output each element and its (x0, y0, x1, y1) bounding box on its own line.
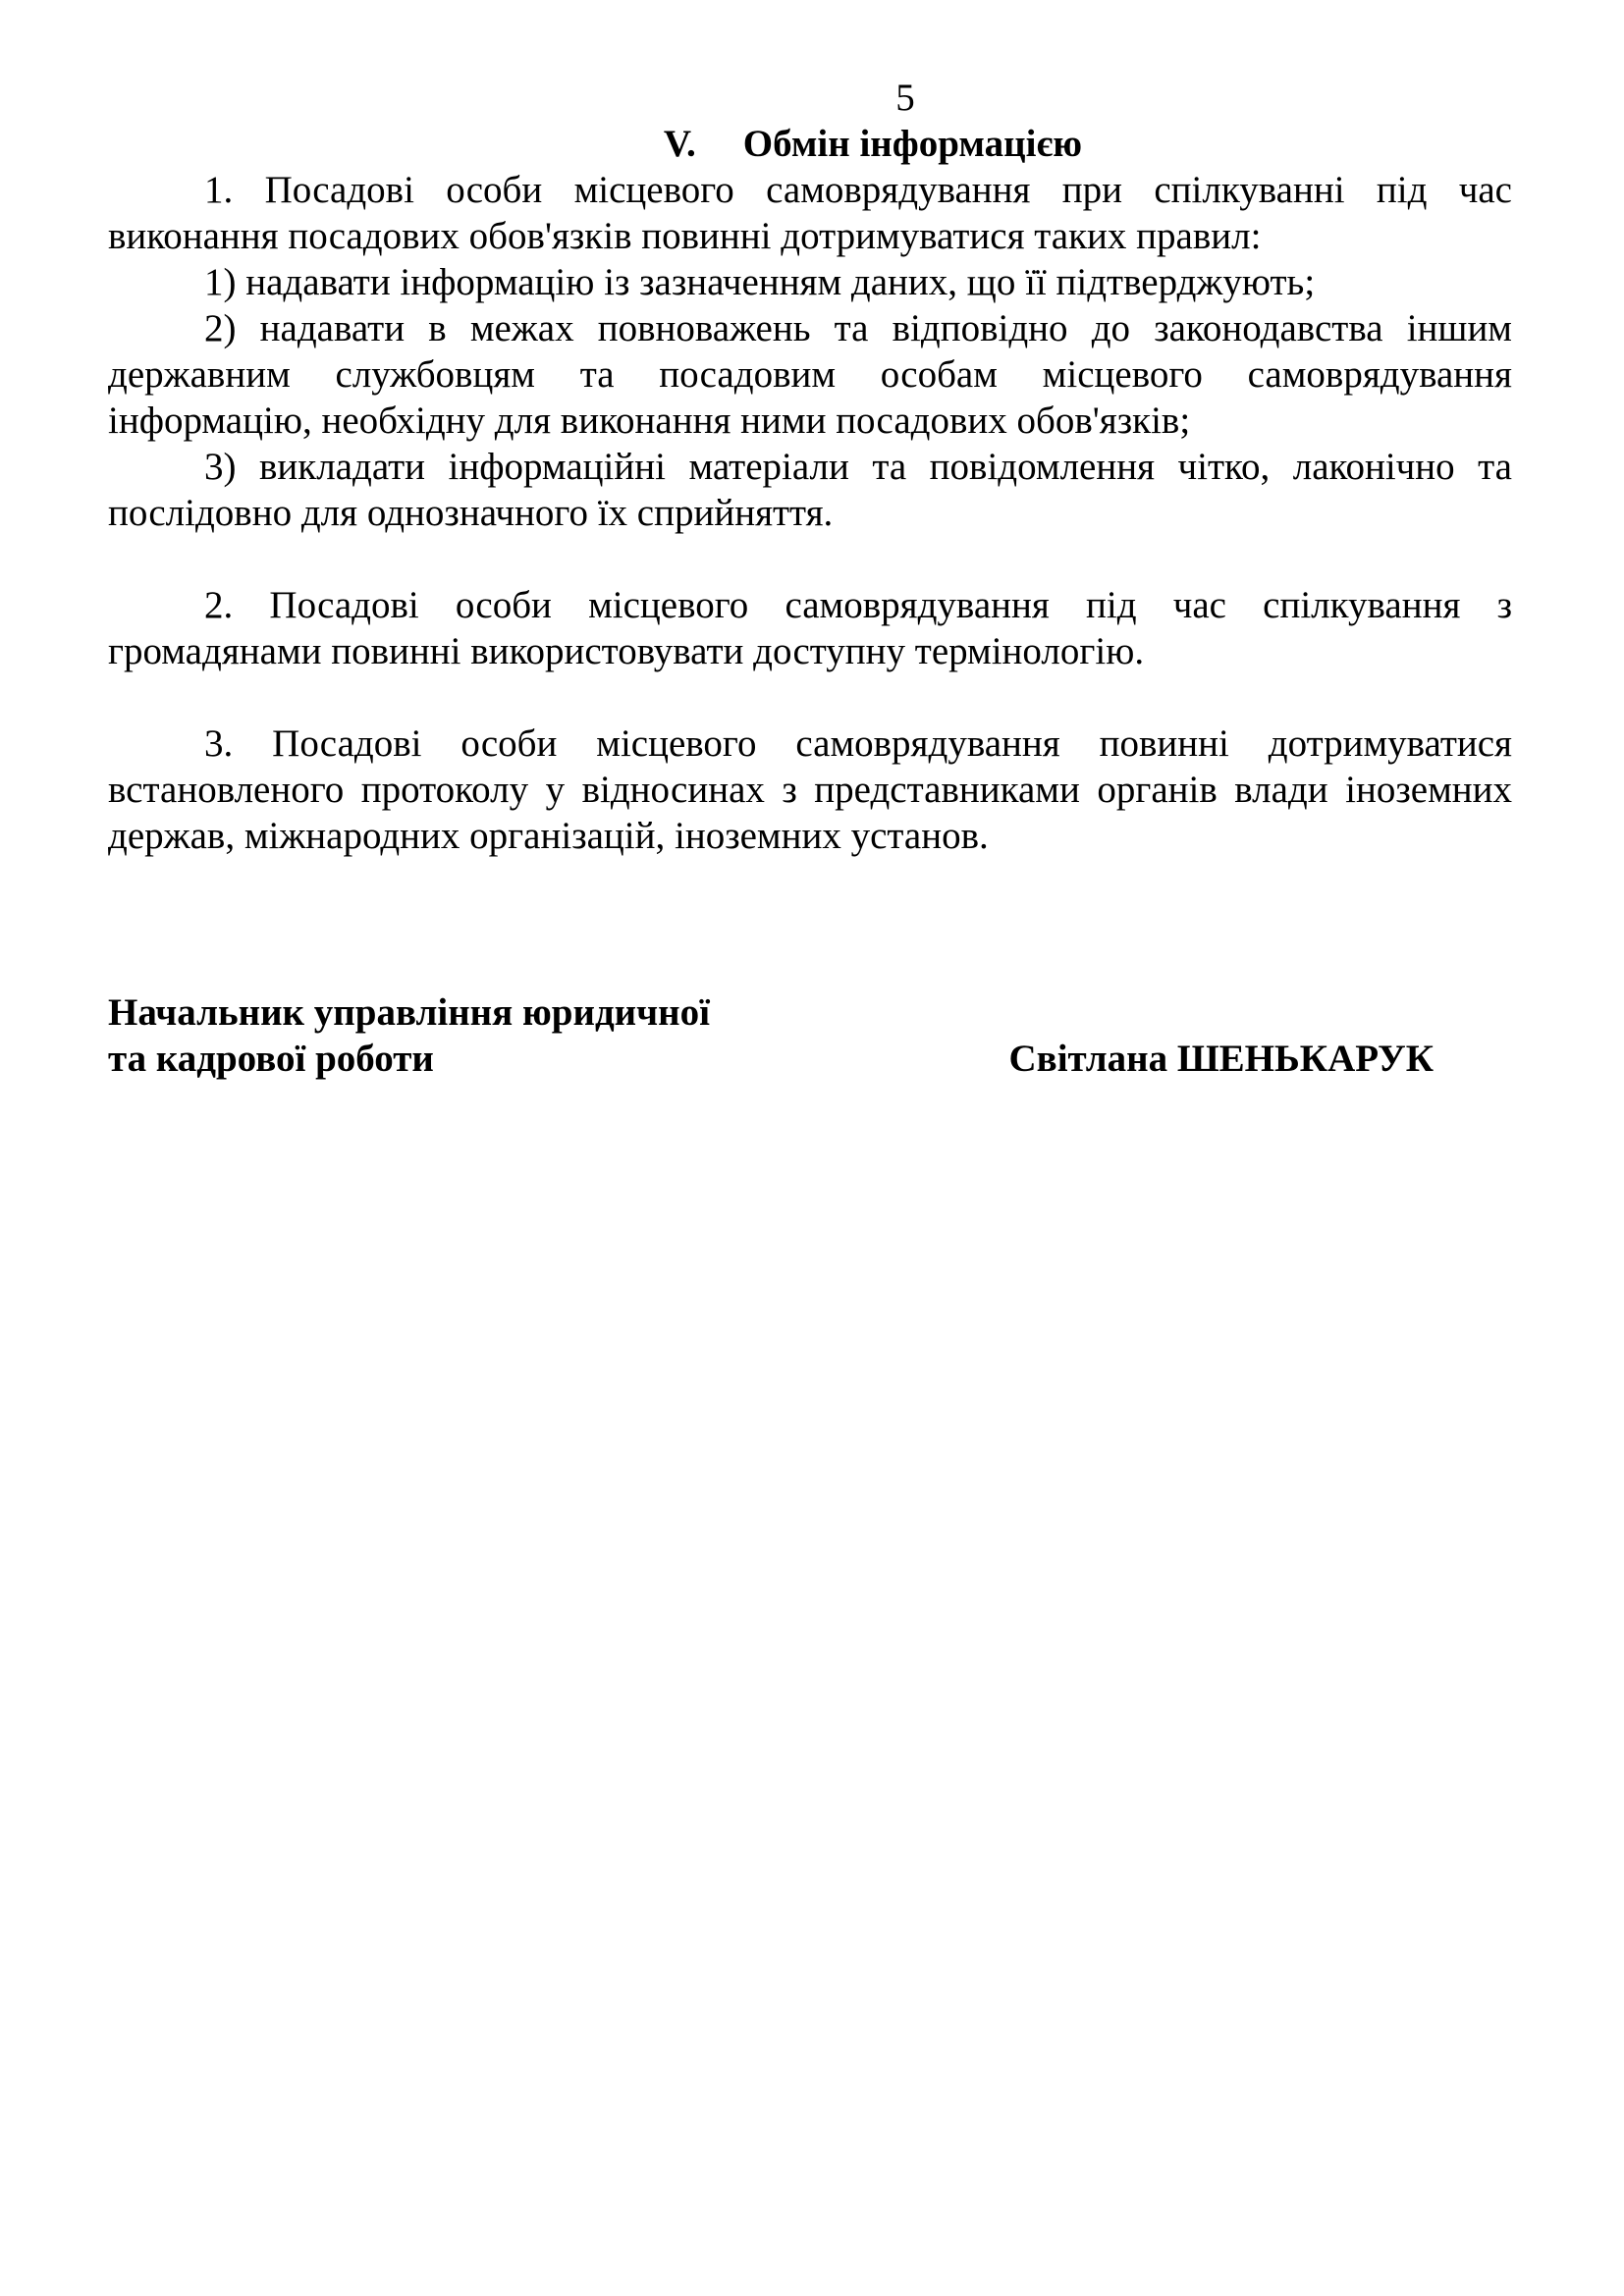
signature-block: Начальник управління юридичної та кадров… (108, 989, 1512, 1082)
document-page: 5 V.Обмін інформацією 1. Посадові особи … (0, 0, 1624, 2296)
list-item-3: 3) викладати інформаційні матеріали та п… (108, 444, 1512, 536)
paragraph-2: 2. Посадові особи місцевого самоврядуван… (108, 582, 1512, 674)
signature-title-line2: та кадрової роботи (108, 1036, 434, 1082)
list-item-2: 2) надавати в межах повноважень та відпо… (108, 305, 1512, 444)
document-body: 1. Посадові особи місцевого самоврядуван… (108, 167, 1512, 859)
list-item-1: 1) надавати інформацію із зазначенням да… (108, 259, 1512, 305)
paragraph-rules-intro: 1. Посадові особи місцевого самоврядуван… (108, 167, 1512, 259)
section-heading-title: Обмін інформацією (743, 123, 1082, 165)
section-heading-numeral: V. (664, 123, 696, 165)
paragraph-3: 3. Посадові особи місцевого самоврядуван… (108, 721, 1512, 859)
signature-title-line1: Начальник управління юридичної (108, 989, 710, 1036)
signature-name: Світлана ШЕНЬКАРУК (1008, 1036, 1434, 1082)
section-heading: V.Обмін інформацією (108, 121, 1512, 167)
page-number: 5 (108, 75, 1512, 121)
